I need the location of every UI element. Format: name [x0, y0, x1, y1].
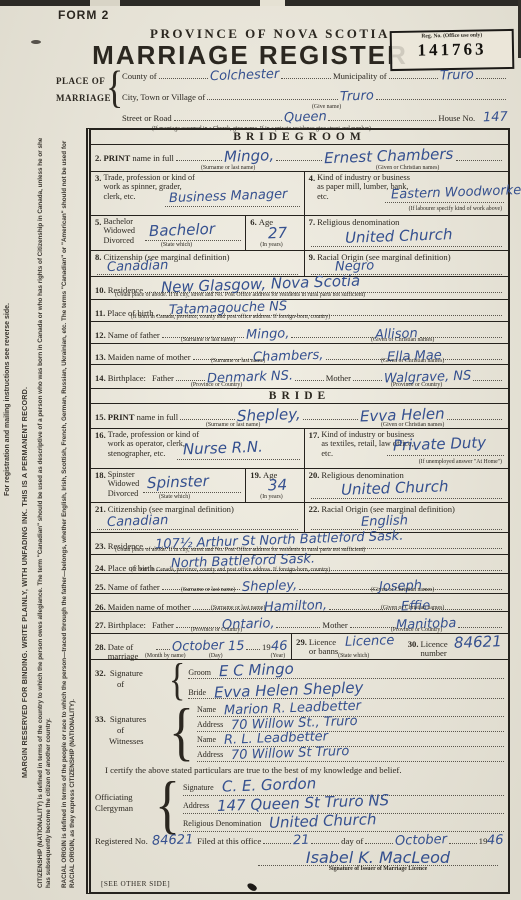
field-no: 12. — [95, 330, 106, 340]
dotted-rule — [476, 64, 506, 79]
dotted-rule — [447, 405, 502, 420]
signature-of-label: Signature — [110, 668, 143, 678]
groom-label: Groom — [188, 668, 211, 677]
house-no-label: House No. — [438, 113, 475, 123]
groom-trade-industry-row: 3. Trade, profession or kind of work as … — [91, 172, 508, 216]
surname-sublabel: (Surname or last name) — [201, 165, 255, 171]
dotted-rule — [311, 245, 502, 247]
dotted-rule — [207, 85, 337, 100]
marriage-register-scan: For registration and mailing instruction… — [0, 0, 521, 900]
dotted-rule — [159, 64, 209, 79]
groom-citizenship-value: Canadian — [107, 259, 169, 274]
dotted-rule — [177, 458, 300, 460]
street-value: Queen — [283, 110, 326, 124]
given-sublabel: (Given or Christian names) — [381, 605, 444, 611]
bride-trade-value: Nurse R.N. — [183, 440, 263, 458]
groom-father-row: 12. Name of father Mingo, Allison (Surna… — [91, 322, 508, 344]
field-no: 24. — [95, 563, 106, 573]
state-which-sublabel: (State which) — [161, 242, 192, 248]
day-of-label: day of — [341, 836, 363, 846]
field-no: 22. — [309, 504, 320, 514]
bride-trade-industry-row: 16. Trade, profession or kind of work as… — [91, 429, 508, 469]
witness1-address-line: Address 70 Willow St., Truro — [197, 717, 504, 732]
field-no: 7. — [309, 217, 315, 227]
officiating-clergyman-block: Officiating Clergyman { Signature C. E. … — [91, 778, 508, 832]
issuer-signature-row: Isabel K. MacLeod Signature of Issuer of… — [91, 850, 508, 876]
margin-definition-citizenship: CITIZENSHIP (NATIONALITY) is defined in … — [37, 130, 60, 888]
field-no: 5. — [95, 217, 101, 227]
in-years-sublabel: (In years) — [260, 242, 282, 248]
dotted-rule — [328, 106, 436, 121]
bride-status-age-religion-row: 18. Spinster Widowed Divorced Spinster (… — [91, 469, 508, 503]
dotted-rule — [385, 201, 504, 203]
dotted-rule — [424, 575, 502, 590]
field-no: 3. — [95, 173, 101, 183]
field-no: 2. — [95, 153, 101, 163]
field-no: 16. — [95, 430, 106, 440]
marriage-month-value: October — [171, 639, 223, 654]
licence-or-banns-value: Licence — [345, 634, 395, 649]
registration-number-stamp: 141763 — [392, 39, 512, 61]
groom-signature: E C Mingo — [219, 662, 294, 680]
field-no: 14. — [95, 373, 106, 383]
see-other-side-note: [SEE OTHER SIDE] — [91, 876, 170, 892]
bride-signature-line: Bride Evva Helen Shepley — [188, 683, 504, 699]
city-label: City, Town or Village of — [122, 92, 205, 102]
bride-parents-birthplace-row: 27. Birthplace: Father Ontario, Mother M… — [91, 612, 508, 634]
day-sublabel: (Day) — [209, 653, 223, 659]
dotted-rule — [162, 323, 244, 338]
officiating-label: Officiating — [95, 792, 155, 803]
brace-glyph: { — [169, 695, 194, 769]
bride-birthplace-row: 24. Place of birth North Battleford Sask… — [91, 555, 508, 574]
bride-racial-label: Racial Origin (see marginal definition) — [321, 504, 454, 514]
county-line: County of Colchester Municipality of Tru… — [122, 64, 508, 85]
groom-residence-row: 10. Residence New Glasgow, Nova Scotia (… — [91, 277, 508, 300]
dotted-rule — [145, 239, 241, 241]
bride-age-value: 34 — [268, 478, 288, 494]
county-value: Colchester — [210, 67, 280, 82]
issuer-signature: Isabel K. MacLeod — [306, 848, 450, 867]
state-which-sublabel: (State which) — [159, 494, 190, 500]
dotted-rule — [449, 836, 477, 844]
registered-no-value: 84621 — [152, 833, 194, 847]
dotted-rule — [176, 366, 205, 381]
signature-bride-groom-block: 32. Signature of { Groom E C Mingo Bride… — [91, 660, 508, 702]
filed-day-value: 21 — [293, 834, 310, 848]
groom-religion-label: Religious denomination — [317, 217, 399, 227]
surname-sublabel: (Surname or last name) — [206, 422, 260, 428]
dotted-rule — [281, 64, 331, 79]
witness2-address-line: Address 70 Willow St Truro — [197, 747, 504, 762]
witness2-name-line: Name R. L. Leadbetter — [197, 732, 504, 747]
city-value: Truro — [339, 89, 373, 103]
bride-signature: Evva Helen Shepley — [214, 680, 364, 700]
bride-father-surname: Shepley, — [242, 579, 298, 594]
groom-status-age-religion-row: 5. Bachelor Widowed Divorced Bachelor (S… — [91, 216, 508, 251]
margin-definition-racial-origin: RACIAL ORIGIN is defined in terms of the… — [61, 130, 85, 888]
field-no: 30. — [408, 639, 419, 649]
clergy-denomination: United Church — [269, 812, 377, 831]
groom-birthplace-sublabel: (If born in Canada, province, county and… — [131, 314, 330, 320]
street-label: Street or Road — [122, 113, 172, 123]
bride-father-label: Name of father — [108, 582, 160, 592]
witnesses-label: Witnesses — [95, 736, 169, 747]
field-no: 27. — [95, 620, 106, 630]
groom-parents-birthplace-row: 14. Birthplace: Father Denmark NS. Mothe… — [91, 365, 508, 389]
bride-industry-value: Private Duty — [392, 435, 486, 453]
groom-residence-sublabel: (Usual place of abode. If in city, stree… — [115, 292, 365, 298]
groom-father-surname: Mingo, — [246, 327, 290, 342]
field-no: 18. — [95, 470, 106, 480]
dotted-rule — [443, 345, 502, 360]
given-sublabel: (Given or Christian names) — [381, 358, 444, 364]
form-body: BRIDEGROOM 2. PRINT name in full Mingo, … — [86, 128, 510, 894]
father-label: Father — [152, 620, 174, 630]
dotted-rule — [180, 405, 235, 420]
dotted-rule — [350, 613, 394, 628]
address-label: Address — [197, 750, 223, 759]
certification-text: I certify the above stated particulars a… — [91, 762, 406, 778]
witness2-address: 70 Willow St Truro — [231, 745, 350, 762]
province-country-sublabel: (Province or Country) — [391, 627, 442, 633]
bride-mother-label: Maiden name of mother — [108, 602, 191, 612]
bride-mother-row: 26. Maiden name of mother Hamilton, Effi… — [91, 594, 508, 612]
state-which-sublabel: (State which) — [338, 653, 369, 659]
groom-signature-line: Groom E C Mingo — [188, 663, 504, 679]
dotted-rule — [291, 323, 373, 338]
signature-label: Signature — [183, 783, 214, 792]
margin-note-registration: For registration and mailing instruction… — [4, 96, 13, 496]
dotted-rule — [246, 635, 260, 650]
margin-note-binding: MARGIN RESERVED FOR BINDING. WRITE PLAIN… — [20, 118, 29, 778]
scan-edge-top — [0, 0, 521, 6]
dotted-rule — [311, 836, 339, 844]
groom-father-label: Name of father — [108, 330, 160, 340]
bride-residence-sublabel: (Usual place of abode. If in city, stree… — [115, 547, 365, 553]
dotted-rule — [263, 836, 291, 844]
street-line: Street or Road Queen House No. 147 (If m… — [122, 106, 508, 129]
dotted-rule — [311, 497, 502, 499]
dotted-rule — [176, 146, 222, 161]
year-sublabel: (Year) — [271, 653, 286, 659]
dotted-rule — [299, 575, 377, 590]
municipality-label: Municipality of — [333, 71, 387, 81]
field-no: 28. — [95, 642, 106, 652]
municipality-value: Truro — [440, 68, 474, 82]
bride-citizenship-racial-row: 21. Citizenship (see marginal definition… — [91, 503, 508, 533]
brace-glyph: { — [155, 768, 180, 842]
dotted-rule — [156, 635, 170, 650]
field-no: 25. — [95, 582, 106, 592]
dotted-rule — [387, 454, 504, 456]
dotted-rule — [176, 613, 220, 628]
groom-given-value: Ernest Chambers — [324, 146, 454, 166]
dotted-rule — [458, 613, 502, 628]
given-sublabel: (Given or Christian names) — [371, 337, 434, 343]
bride-religion-value: United Church — [340, 479, 448, 498]
groom-birthplace-row: 11. Place of birth Tatamagouche NS (If b… — [91, 300, 508, 322]
bridegroom-section-title: BRIDEGROOM — [91, 130, 508, 144]
year-pre: 19 — [262, 642, 271, 652]
dotted-rule — [473, 366, 502, 381]
filed-label: Filed at this office — [197, 836, 261, 846]
field-no: 17. — [309, 430, 320, 440]
field-no: 32. — [95, 668, 106, 678]
surname-sublabel: (Surname or last name) — [211, 605, 265, 611]
surname-sublabel: (Surname or last name) — [181, 587, 235, 593]
mother-label: Mother — [322, 620, 347, 630]
bridegroom-header-row: BRIDEGROOM — [91, 130, 508, 145]
groom-age-value: 27 — [268, 226, 288, 242]
filed-month-value: October — [395, 833, 447, 848]
surname-sublabel: (Surname or last name) — [181, 337, 235, 343]
filed-year-value: 46 — [487, 834, 504, 848]
see-other-side-row: [SEE OTHER SIDE] — [91, 876, 508, 892]
groom-surname-value: Mingo, — [224, 148, 275, 165]
dotted-rule — [389, 64, 439, 79]
dotted-rule — [376, 85, 506, 100]
groom-industry-sublabel: (If labourer specify kind of work above) — [409, 206, 502, 212]
groom-religion-value: United Church — [344, 227, 452, 246]
birthplace-label: Birthplace: — [108, 620, 146, 630]
given-sublabel: (Given or Christian names) — [381, 422, 444, 428]
field-no: 9. — [309, 252, 315, 262]
issuer-sublabel: Signature of Issuer of Marriage Licence — [258, 866, 498, 872]
dotted-rule — [353, 366, 382, 381]
bride-header-row: BRIDE — [91, 389, 508, 404]
field-no: 11. — [95, 308, 105, 318]
address-label: Address — [183, 801, 209, 810]
place-of-marriage-label: PLACE OF MARRIAGE — [56, 73, 111, 107]
bride-industry-sublabel: (If unemployed answer "At Home") — [419, 459, 502, 465]
field-no: 4. — [309, 173, 315, 183]
name-label: Name — [197, 735, 216, 744]
bride-status-value: Spinster — [147, 474, 209, 491]
registered-no-label: Registered No. — [95, 836, 148, 846]
father-label: Father — [152, 373, 174, 383]
county-label: County of — [122, 71, 157, 81]
signature-of-label-2: of — [95, 679, 169, 690]
religious-denomination-label: Religious Denomination — [183, 819, 261, 828]
dotted-rule — [420, 323, 502, 338]
groom-status-label: Bachelor Widowed Divorced — [103, 217, 153, 245]
groom-mother-row: 13. Maiden name of mother Chambers, Ella… — [91, 344, 508, 365]
birthplace-label: Birthplace: — [108, 373, 146, 383]
address-label: Address — [197, 720, 223, 729]
province-country-sublabel: (Province or Country) — [191, 382, 242, 388]
field-no: 8. — [95, 252, 101, 262]
bride-racial-value: English — [360, 514, 407, 529]
field-no: 10. — [95, 285, 106, 295]
licence-number-value: 84621 — [454, 634, 502, 651]
house-no-value: 147 — [483, 110, 508, 124]
field-no: 23. — [95, 541, 106, 551]
field-no: 33. — [95, 714, 106, 724]
dotted-rule — [311, 528, 502, 530]
bride-father-row: 25. Name of father Shepley, Joseph (Surn… — [91, 574, 508, 594]
given-sublabel: (Given or Christian names) — [371, 587, 434, 593]
witness-signatures-block: 33. Signatures of Witnesses { Name Mario… — [91, 702, 508, 762]
province-country-sublabel: (Province or Country) — [391, 382, 442, 388]
field-no: 29. — [296, 637, 307, 647]
dotted-rule — [456, 146, 502, 161]
dotted-rule — [165, 205, 300, 207]
licence-number-label: Licence number — [420, 640, 454, 659]
groom-mother-label: Maiden name of mother — [108, 352, 191, 362]
bride-birthplace-sublabel: (If born in Canada, province, county and… — [131, 567, 330, 573]
print-bold: PRINT — [103, 153, 130, 163]
dotted-rule — [143, 491, 241, 493]
dotted-rule — [276, 613, 320, 628]
groom-trade-value: Business Manager — [169, 188, 288, 205]
dotted-rule — [295, 366, 324, 381]
name-label: name in full — [132, 153, 174, 163]
bride-name-row: 15. PRINT name in full Shepley, Evva Hel… — [91, 404, 508, 429]
given-sublabel: (Given or Christian names) — [376, 165, 439, 171]
clergy-denomination-line: Religious Denomination United Church — [183, 814, 504, 832]
scan-smudge — [31, 40, 41, 44]
clergyman-label: Clergyman — [95, 803, 155, 814]
province-country-sublabel: (Province or Country) — [191, 627, 242, 633]
date-licence-row: 28. Date of marriage October 15 19 46 (M… — [91, 634, 508, 660]
field-no: 26. — [95, 602, 106, 612]
signatures-of-label-2: of — [95, 725, 169, 736]
bride-citizenship-value: Canadian — [107, 514, 169, 529]
dotted-rule — [276, 146, 322, 161]
dotted-rule — [174, 106, 282, 121]
place-of-marriage-block: PLACE OF MARRIAGE { County of Colchester… — [56, 64, 508, 129]
surname-sublabel: (Surname or last name) — [211, 358, 265, 364]
field-no: 20. — [309, 470, 320, 480]
field-no: 13. — [95, 352, 106, 362]
groom-name-row: 2. PRINT name in full Mingo, Ernest Cham… — [91, 145, 508, 172]
groom-status-value: Bachelor — [149, 222, 215, 239]
field-no: 19. — [250, 470, 261, 480]
brace-glyph: { — [106, 61, 123, 114]
marriage-day-value: 15 — [227, 639, 244, 653]
in-years-sublabel: (In years) — [260, 494, 282, 500]
dotted-rule — [326, 345, 385, 360]
name-label: Name — [197, 705, 216, 714]
dotted-rule — [365, 836, 393, 844]
city-line: City, Town or Village of Truro (Give nam… — [122, 85, 508, 106]
print-bold: PRINT — [108, 412, 135, 422]
marriage-year-value: 46 — [270, 639, 287, 653]
bride-citizenship-label: Citizenship (see marginal definition) — [108, 504, 234, 514]
field-no: 15. — [95, 412, 106, 422]
field-no: 6. — [250, 217, 256, 227]
dotted-rule — [97, 528, 298, 530]
name-label: name in full — [137, 412, 179, 422]
form-number: FORM 2 — [58, 8, 109, 22]
signatures-of-label: Signatures — [110, 714, 146, 724]
dotted-rule — [303, 405, 358, 420]
clergy-signature: C. E. Gordon — [221, 776, 316, 794]
bride-section-title: BRIDE — [91, 389, 508, 403]
field-no: 21. — [95, 504, 106, 514]
mother-label: Mother — [326, 373, 351, 383]
